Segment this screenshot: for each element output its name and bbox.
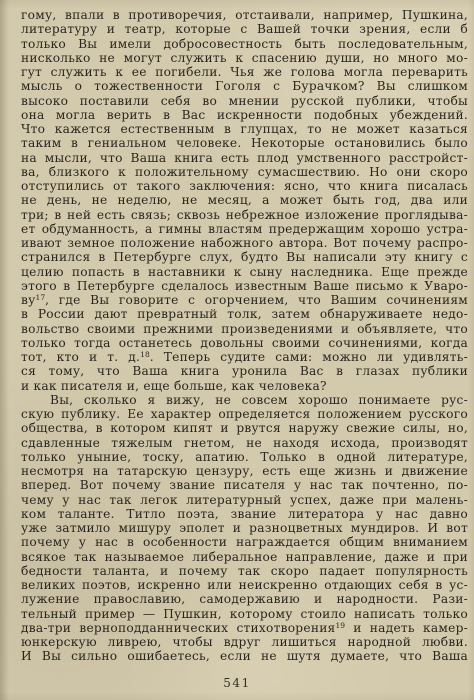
text-line: несмотря на татарскую цензуру, есть еще … [21, 464, 468, 478]
page-number: 541 [0, 676, 474, 690]
text-line: ивают земное положение набожного автора.… [21, 236, 468, 250]
book-page: гому, впали в противоречия, отстаивали, … [0, 0, 474, 700]
text-line: всякое так называемое либеральное направ… [21, 550, 468, 564]
text-line: таким в гениальном человеке. Некоторые о… [21, 136, 468, 150]
text-line: И Вы сильно ошибаетесь, если не шутя дум… [21, 649, 468, 663]
text-line: тот, кто и т. д.18. Теперь судите сами: … [21, 350, 468, 364]
text-line: Вы, сколько я вижу, не совсем хорошо пон… [21, 393, 468, 407]
text-line: литературу и театр, которые с Вашей точк… [21, 22, 468, 36]
text-line: только уныние, тоску, апатию. Только в о… [21, 450, 468, 464]
text-line: чему у нас так легок литературный успех,… [21, 493, 468, 507]
footnote-ref: 17 [36, 293, 46, 302]
text-line: великих поэтов, искренно или неискренно … [21, 578, 468, 592]
text-line: этого в Петербурге сделалось известным В… [21, 279, 468, 293]
text-line: ет обдуманность, а гимны властям предерж… [21, 222, 468, 236]
text-line: лужение православию, самодержавию и наро… [21, 592, 468, 606]
text-line: Что кажется естественным в глупцах, то н… [21, 122, 468, 136]
text-line: ся тому, что Ваша книга уронила Вас в гл… [21, 364, 468, 378]
text-line: вперед. Вот почему звание писателя у нас… [21, 478, 468, 492]
text-line: общества, в котором кипят и рвутся наруж… [21, 421, 468, 435]
text-line: в России дают превратный толк, затем обн… [21, 307, 468, 321]
text-line: странился в Петербурге слух, будто Вы на… [21, 250, 468, 264]
text-line: вольство своими прежними произведениями … [21, 322, 468, 336]
text-line: и как писателя и, еще больше, как челове… [21, 379, 468, 393]
text-line: скую публику. Ее характер определяется п… [21, 407, 468, 421]
text-line: нисколько не могут служить к спасению ду… [21, 51, 468, 65]
text-line: ва, близкого к положительному сумасшеств… [21, 165, 468, 179]
text-line: только Вы имели добросовестность быть по… [21, 37, 468, 51]
text-line: юнкерскую ливрею, чтобы вдруг лишиться н… [21, 635, 468, 649]
footnote-ref: 19 [336, 621, 346, 630]
text-line: уже затмило мишуру эполет и разноцветных… [21, 521, 468, 535]
text-block: гому, впали в противоречия, отстаивали, … [21, 8, 468, 664]
text-line: гут служить к ее погибели. Чья же голова… [21, 65, 468, 79]
text-line: гому, впали в противоречия, отстаивали, … [21, 8, 468, 22]
text-line: сдавленные тяжелым гнетом, не находя исх… [21, 436, 468, 450]
text-line: она могла верить в Вас искренности подоб… [21, 108, 468, 122]
text-line: только тогда останетесь довольны своими … [21, 336, 468, 350]
text-line: отступились от такого заключения: ясно, … [21, 179, 468, 193]
text-line: мысль о тожественности Гоголя с Бурачком… [21, 79, 468, 93]
text-line: три; в ней есть связь; сквозь небрежное … [21, 208, 468, 222]
text-line: на мысли, что Ваша книга есть плод умств… [21, 151, 468, 165]
text-line: почему у нас в особенности награждается … [21, 535, 468, 549]
text-line: не день, не неделю, не месяц, а может бы… [21, 193, 468, 207]
text-line: ву17, где Вы говорите с огорчением, что … [21, 293, 468, 307]
text-line: ком таланте. Титло поэта, звание литерат… [21, 507, 468, 521]
text-line: бедности таланта, и почему так скоро пад… [21, 564, 468, 578]
text-line: тельный пример — Пушкин, которому стоило… [21, 607, 468, 621]
text-line: два-три верноподданнических стихотворени… [21, 621, 468, 635]
footnote-ref: 18 [140, 350, 150, 359]
text-line: высоко поставили себя во мнении русской … [21, 94, 468, 108]
text-line: целию попасть в наставники к сыну наслед… [21, 265, 468, 279]
